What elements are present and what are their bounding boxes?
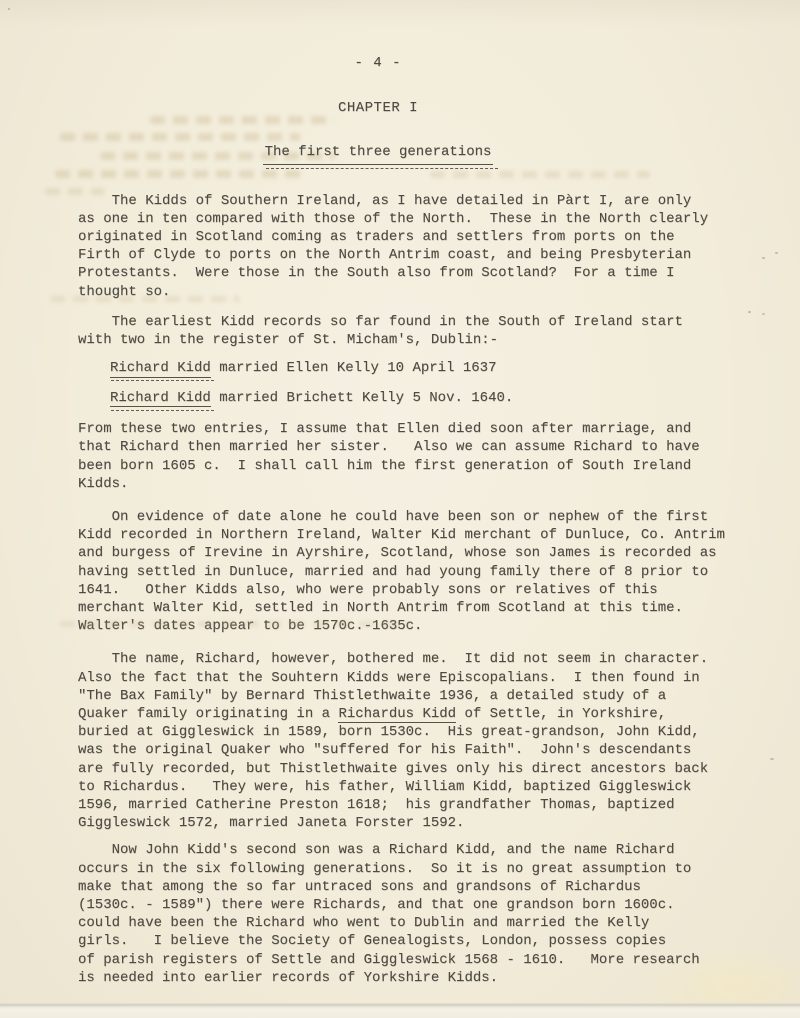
text-line: is needed into earlier records of Yorksh… <box>78 969 760 987</box>
paragraph-intro: The Kidds of Southern Ireland, as I have… <box>78 192 760 301</box>
bleedthrough-mark <box>150 116 335 124</box>
text-line: was the original Quaker who "suffered fo… <box>78 741 760 759</box>
text-line: Richard Kidd married Ellen Kelly 10 Apri… <box>110 359 760 377</box>
bleedthrough-mark <box>45 188 105 195</box>
ink-speck <box>762 257 765 259</box>
text-line: having settled in Dunluce, married and h… <box>78 563 760 581</box>
section-title: The first three generations <box>263 143 494 164</box>
bleedthrough-mark <box>60 621 410 627</box>
paragraph-earliest-records: The earliest Kidd records so far found i… <box>78 313 760 349</box>
text-line: buried at Giggleswick in 1589, born 1530… <box>78 723 760 741</box>
text-line: girls. I believe the Society of Genealog… <box>78 932 760 950</box>
text-line: occurs in the six following generations.… <box>78 860 760 878</box>
text-line: could have been the Richard who went to … <box>78 914 760 932</box>
chapter-heading: CHAPTER I <box>28 99 728 117</box>
text-line: The Kidds of Southern Ireland, as I have… <box>78 192 760 210</box>
ink-speck <box>775 252 778 254</box>
text-line: of parish registers of Settle and Giggle… <box>78 951 760 969</box>
ink-speck <box>748 311 751 313</box>
document-body: The Kidds of Southern Ireland, as I have… <box>0 192 800 987</box>
text-line: 1596, married Catherine Preston 1618; hi… <box>78 796 760 814</box>
text-line: as one in ten compared with those of the… <box>78 210 760 228</box>
text-line: Kidd recorded in Northern Ireland, Walte… <box>78 526 760 544</box>
text-line: are fully recorded, but Thistlethwaite g… <box>78 760 760 778</box>
ink-speck <box>770 758 774 760</box>
text-line: Also the fact that the Souhtern Kidds we… <box>78 669 760 687</box>
marriage-records: Richard Kidd married Ellen Kelly 10 Apri… <box>110 359 760 407</box>
text-line: Richard Kidd married Brichett Kelly 5 No… <box>110 389 760 407</box>
paragraph-evidence-of-date: On evidence of date alone he could have … <box>78 508 760 635</box>
text-line: From these two entries, I assume that El… <box>78 420 760 438</box>
plain-text: married Ellen Kelly 10 April 1637 <box>211 360 497 376</box>
text-line: "The Bax Family" by Bernard Thistlethwai… <box>78 687 760 705</box>
page-edge <box>0 1003 800 1018</box>
bleedthrough-mark <box>55 170 305 178</box>
text-line: make that among the so far untraced sons… <box>78 878 760 896</box>
text-line: to Richardus. They were, his father, Wil… <box>78 778 760 796</box>
text-line: Kidds. <box>78 475 760 493</box>
text-line: Giggleswick 1572, married Janeta Forster… <box>78 814 760 832</box>
text-line: Firth of Clyde to ports on the North Ant… <box>78 246 760 264</box>
text-line: and burgess of Irevine in Ayrshire, Scot… <box>78 544 760 562</box>
scanned-document-page: - 4 - CHAPTER I The first three generati… <box>0 0 800 1018</box>
text-line: merchant Walter Kid, settled in North An… <box>78 599 760 617</box>
bleedthrough-mark <box>50 296 240 302</box>
text-line: Now John Kidd's second son was a Richard… <box>78 841 760 859</box>
paragraph-name-richard: The name, Richard, however, bothered me.… <box>78 650 760 832</box>
underlined-text: Richardus Kidd <box>338 706 456 724</box>
text-line: Protestants. Were those in the South als… <box>78 264 760 282</box>
ink-speck <box>8 8 10 10</box>
text-line: been born 1605 c. I shall call him the f… <box>78 457 760 475</box>
text-line: The earliest Kidd records so far found i… <box>78 313 760 331</box>
page-number: - 4 - <box>28 0 728 72</box>
text-line: that Richard then married her sister. Al… <box>78 438 760 456</box>
underlined-text: Richard Kidd <box>110 360 211 378</box>
plain-text: Quaker family originating in a <box>78 706 338 722</box>
text-line: (1530c. - 1589") there were Richards, an… <box>78 896 760 914</box>
paragraph-john-kidd: Now John Kidd's second son was a Richard… <box>78 841 760 987</box>
plain-text: married Brichett Kelly 5 Nov. 1640. <box>211 390 513 406</box>
ink-speck <box>762 313 765 315</box>
text-line: The name, Richard, however, bothered me.… <box>78 650 760 668</box>
text-line: originated in Scotland coming as traders… <box>78 228 760 246</box>
text-line: Quaker family originating in a Richardus… <box>78 705 760 723</box>
underlined-text: Richard Kidd <box>110 390 211 408</box>
bleedthrough-mark <box>60 133 300 141</box>
text-line: On evidence of date alone he could have … <box>78 508 760 526</box>
text-line: with two in the register of St. Micham's… <box>78 331 760 349</box>
plain-text: of Settle, in Yorkshire, <box>456 706 666 722</box>
bleedthrough-mark <box>430 171 650 178</box>
paragraph-two-entries: From these two entries, I assume that El… <box>78 420 760 493</box>
text-line: 1641. Other Kidds also, who were probabl… <box>78 581 760 599</box>
